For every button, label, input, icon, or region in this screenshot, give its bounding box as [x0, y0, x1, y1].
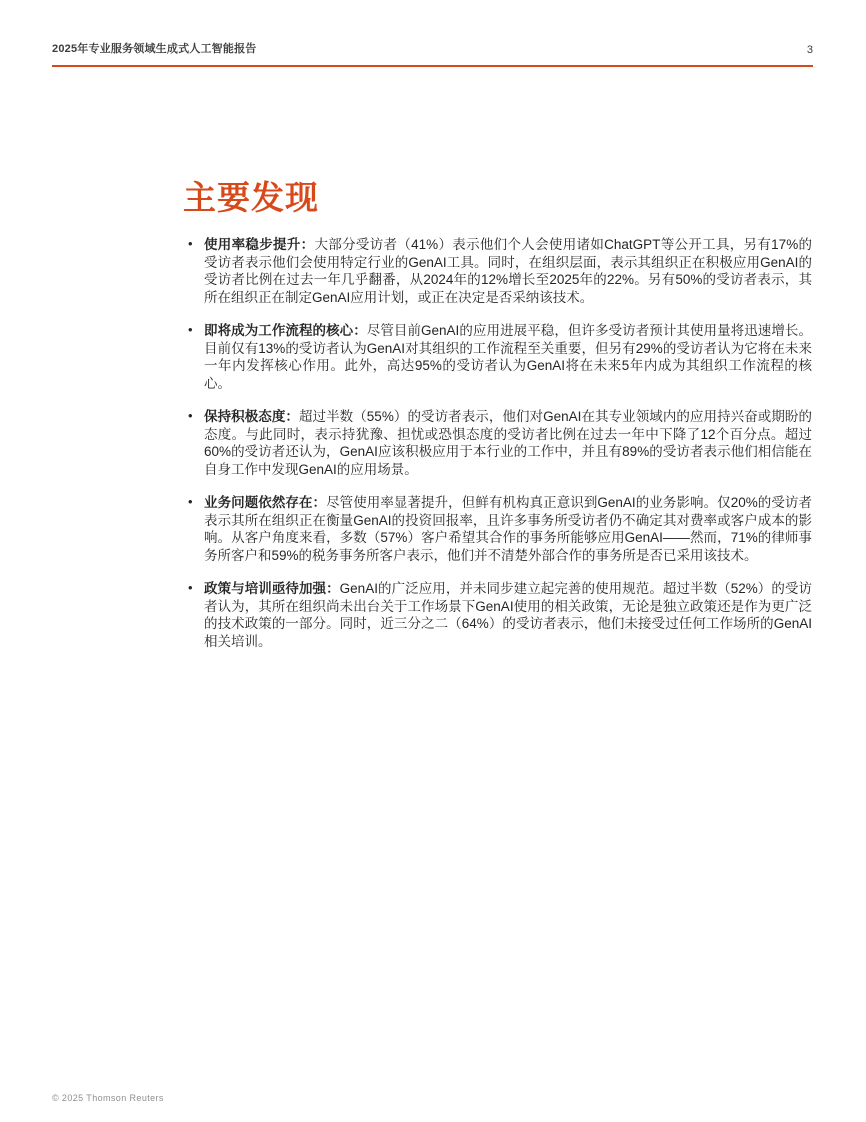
finding-lead: 保持积极态度：	[204, 409, 299, 424]
bullet-icon: •	[188, 407, 193, 425]
finding-lead: 政策与培训亟待加强：	[204, 581, 340, 596]
key-findings-list: •使用率稳步提升：大部分受访者（41%）表示他们个人会使用诸如ChatGPT等公…	[187, 236, 812, 666]
bullet-icon: •	[188, 579, 193, 597]
finding-item-policy: •政策与培训亟待加强：GenAI的广泛应用，并未同步建立起完善的使用规范。超过半…	[187, 580, 812, 650]
bullet-icon: •	[188, 235, 193, 253]
finding-item-workflow: •即将成为工作流程的核心：尽管目前GenAI的应用进展平稳，但许多受访者预计其使…	[187, 322, 812, 392]
finding-item-business: •业务问题依然存在：尽管使用率显著提升，但鲜有机构真正意识到GenAI的业务影响…	[187, 494, 812, 564]
report-title: 2025年专业服务领域生成式人工智能报告	[52, 40, 256, 56]
bullet-icon: •	[188, 321, 193, 339]
page-number: 3	[807, 44, 813, 56]
report-page: 2025年专业服务领域生成式人工智能报告 3 主要发现 •使用率稳步提升：大部分…	[0, 0, 866, 1122]
copyright-notice: © 2025 Thomson Reuters	[52, 1093, 164, 1103]
finding-lead: 即将成为工作流程的核心：	[204, 323, 367, 338]
finding-item-attitude: •保持积极态度：超过半数（55%）的受访者表示，他们对GenAI在其专业领域内的…	[187, 408, 812, 478]
section-title: 主要发现	[183, 172, 319, 219]
finding-lead: 使用率稳步提升：	[204, 237, 314, 252]
bullet-icon: •	[188, 493, 193, 511]
finding-lead: 业务问题依然存在：	[204, 495, 326, 510]
page-header: 2025年专业服务领域生成式人工智能报告 3	[52, 40, 813, 67]
finding-item-adoption: •使用率稳步提升：大部分受访者（41%）表示他们个人会使用诸如ChatGPT等公…	[187, 236, 812, 306]
